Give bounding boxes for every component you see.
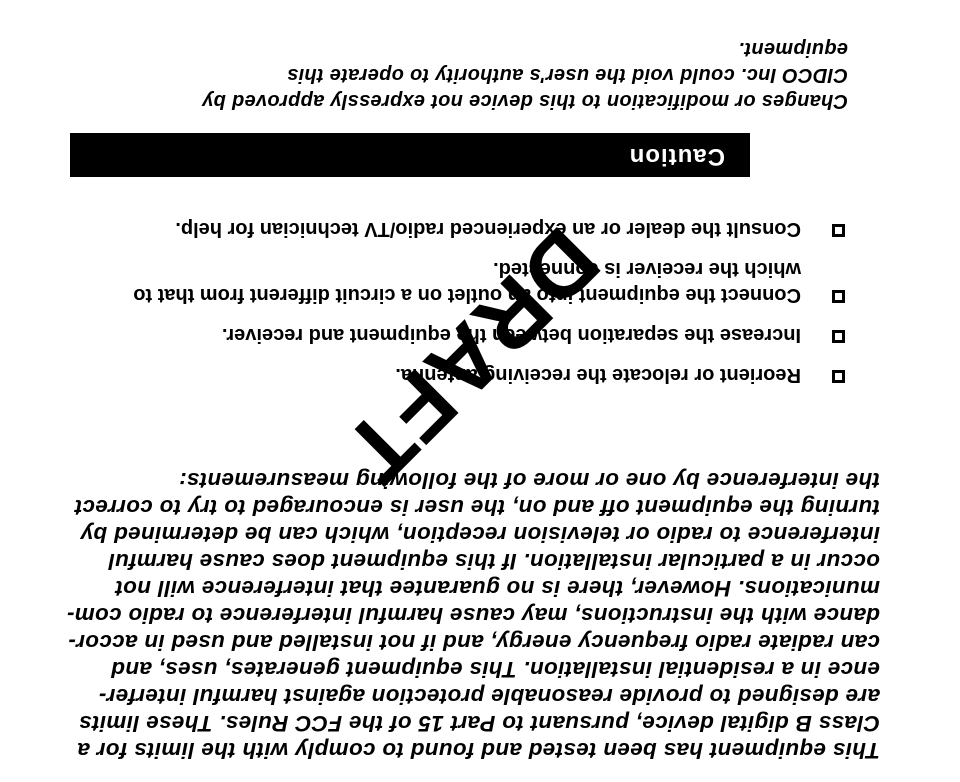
fcc-compliance-paragraph: This equipment has been tested and found… [60,467,880,764]
document-page: This equipment has been tested and found… [0,0,960,782]
paragraph-line: equipment. [148,36,848,62]
checkbox-square-icon [832,370,845,383]
paragraph-line: munications. However, there is no guaran… [60,575,880,602]
paragraph-line: ence in a residential installation. This… [60,656,880,683]
paragraph-line: This equipment has been tested and found… [60,737,880,764]
checkbox-square-icon [832,330,845,343]
list-item-text: Consult the dealer or an experienced rad… [85,216,801,242]
paragraph-line: Changes or modification to this device n… [148,88,848,114]
paragraph-line: dance with the instructions, may cause h… [60,602,880,629]
caution-heading: Caution [629,142,725,170]
paragraph-line: Class B digital device, pursuant to Part… [60,710,880,737]
paragraph-line: CIDCO Inc. could void the user's authori… [148,62,848,88]
list-item-text: Connect the equipment into an outlet on … [85,282,801,308]
checkbox-square-icon [832,290,845,303]
paragraph-line: occur in a particular installation. If t… [60,548,880,575]
list-item: Consult the dealer or an experienced rad… [85,216,845,242]
paragraph-line: turning the equipment off and on, the us… [60,494,880,521]
paragraph-line: are designed to provide reasonable prote… [60,683,880,710]
paragraph-line: the interference by one or more of the f… [60,467,880,494]
checkbox-square-icon [832,224,845,237]
caution-heading-bar: Caution [70,133,750,177]
caution-paragraph: Changes or modification to this device n… [148,36,848,114]
paragraph-line: interference to radio or television rece… [60,521,880,548]
list-item-text: which the receiver is connected. [85,256,801,282]
paragraph-line: can radiate radio frequency energy, and … [60,629,880,656]
